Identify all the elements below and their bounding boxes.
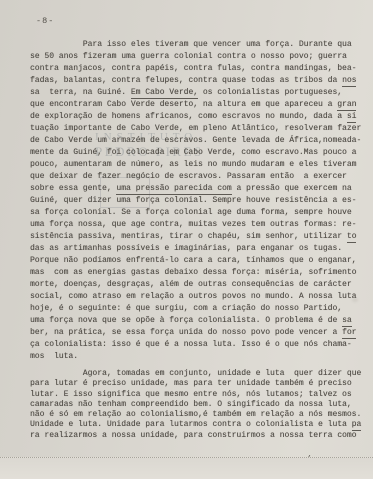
text-segment: gran (337, 100, 356, 111)
text-segment: Unidade e luta. Unidade para lutarmos co… (30, 420, 352, 429)
text-segment: Guiné, quer dizer uma força colonial. Se… (30, 196, 356, 205)
text-line: Porque não podíamos enfrentá-lo cara a c… (30, 255, 370, 267)
text-line: Unidade e luta. Unidade para lutarmos co… (30, 420, 370, 430)
text-segment: para lutar é preciso unidade, mas para t… (30, 379, 352, 388)
text-line: pouco, aumentaram de número, as leis no … (30, 159, 370, 171)
text-segment: mente da Guiné, foi colocada em Cabo Ver… (30, 148, 356, 157)
text-segment: Porque não podíamos enfrentá-lo cara a c… (30, 256, 356, 265)
text-line: social, como atraso em relação a outros … (30, 291, 370, 303)
text-line: não é só em relação ao colonialismo,é ta… (30, 410, 370, 420)
text-line: sa terra, na Guiné. Em Cabo Verde, os co… (30, 87, 370, 99)
text-line: tuação importante de Cabo Verde, em plen… (30, 123, 370, 135)
text-line: contra manjacos, contra papéis, contra f… (30, 63, 370, 75)
text-line: morte, doenças, desgraças, além de outra… (30, 279, 370, 291)
text-segment: Agora, tomadas em conjunto, unidade e lu… (30, 369, 361, 378)
text-line: mos luta. (30, 351, 370, 363)
text-segment: Para isso eles tiveram que vencer uma fo… (30, 40, 352, 49)
text-line: sobre essa gente, uma pressão parecida c… (30, 183, 370, 195)
text-segment: que deixar de fazer negócio de escravos.… (30, 172, 347, 181)
text-segment: si (347, 112, 357, 123)
text-segment: ber, na prática, se essa força unida do … (30, 328, 342, 337)
text-segment: tuação importante de Cabo Verde, em plen… (30, 124, 361, 133)
text-segment: ra realizarmos a nossa unidade, para con… (30, 431, 356, 440)
text-line: sa força colonial. Se a força colonial a… (30, 207, 370, 219)
text-line: se 50 anos fizeram uma guerra colonial c… (30, 51, 370, 63)
text-line: de exploração de homens africanos, como … (30, 111, 370, 123)
text-line: de Cabo Verde um armazém de escravos. Ge… (30, 135, 370, 147)
text-segment: mos luta. (30, 352, 78, 361)
text-segment: for (342, 328, 356, 339)
paragraph: Para isso eles tiveram que vencer uma fo… (30, 39, 370, 363)
text-segment: lutar. E isso significa que mesmo entre … (30, 390, 352, 399)
text-segment: camaradas não tenham compreendido bem. O… (30, 400, 352, 409)
text-line: mente da Guiné, foi colocada em Cabo Ver… (30, 147, 370, 159)
text-line: mas com as energias gastas debaixo dessa… (30, 267, 370, 279)
text-segment: de Cabo Verde um armazém de escravos. Ge… (30, 136, 361, 145)
text-line: ber, na prática, se essa força unida do … (30, 327, 370, 339)
text-segment: uma força nova que se opõe à força colon… (30, 316, 342, 325)
text-segment: sistência passiva, mentiras, tirar o cha… (30, 232, 347, 241)
text-segment: uma força nossa, que age contra, muitas … (30, 220, 356, 229)
text-line: uma força nossa, que age contra, muitas … (30, 219, 370, 231)
text-segment: ça colonialista: isso é que é a nossa lu… (30, 340, 352, 349)
text-segment: contra manjacos, contra papéis, contra f… (30, 64, 356, 73)
text-segment: fadas, balantas, contra felupes, contra … (30, 76, 342, 85)
text-segment: sa força colonial. Se a força colonial a… (30, 208, 352, 217)
text-segment: sa terra, na Guiné. (30, 88, 131, 97)
text-segment: nos (342, 76, 356, 87)
text-segment: pa (352, 420, 362, 431)
text-line: lutar. E isso significa que mesmo entre … (30, 390, 370, 400)
text-segment: que encontraram Cabo Verde deserto, na a… (30, 100, 337, 109)
text-line: Guiné, quer dizer uma força colonial. Se… (30, 195, 370, 207)
scan-smudge (352, 298, 358, 302)
text-line: que deixar de fazer negócio de escravos.… (30, 171, 370, 183)
text-segment: Em Cabo Verde, (131, 88, 198, 99)
text-segment: uma pressão parecida com (116, 184, 231, 195)
text-segment: sa (342, 316, 352, 327)
text-line: hoje, é o seguinte: é que surgiu, com a … (30, 303, 370, 315)
text-line: fadas, balantas, contra felupes, contra … (30, 75, 370, 87)
text-segment: social, como atraso em relação a outros … (30, 292, 356, 301)
text-segment: mas com as energias gastas debaixo dessa… (30, 268, 356, 277)
text-line: que encontraram Cabo Verde deserto, na a… (30, 99, 370, 111)
text-segment: morte, doenças, desgraças, além de outra… (30, 280, 352, 289)
document-page: -8- INSTITUTO PEDRO PIRES Para isso eles… (0, 0, 373, 479)
text-line: camaradas não tenham compreendido bem. O… (30, 400, 370, 410)
text-segment: se 50 anos fizeram uma guerra colonial c… (30, 52, 347, 61)
text-segment: hoje, é o seguinte: é que surgiu, com a … (30, 304, 342, 313)
text-segment: de exploração de homens africanos, como … (30, 112, 347, 121)
text-line: Para isso eles tiveram que vencer uma fo… (30, 39, 370, 51)
text-segment: das as artimanhas possíveis e imaginária… (30, 244, 342, 253)
text-line: Agora, tomadas em conjunto, unidade e lu… (30, 369, 370, 379)
text-line: ça colonialista: isso é que é a nossa lu… (30, 339, 370, 351)
text-segment: não é só em relação ao colonialismo,é ta… (30, 410, 361, 419)
text-line: sistência passiva, mentiras, tirar o cha… (30, 231, 370, 243)
paragraph: Agora, tomadas em conjunto, unidade e lu… (30, 369, 370, 441)
text-segment: to (347, 232, 357, 243)
page-number: -8- (36, 16, 54, 26)
page-bottom-edge (0, 457, 373, 479)
text-segment: sobre essa gente, (30, 184, 116, 193)
document-body: Para isso eles tiveram que vencer uma fo… (30, 39, 370, 441)
text-line: das as artimanhas possíveis e imaginária… (30, 243, 370, 255)
text-segment: os colonialistas portugueses, (198, 88, 342, 97)
text-line: ra realizarmos a nossa unidade, para con… (30, 431, 370, 441)
text-segment: a pressão que exercem na (232, 184, 352, 193)
text-segment: pouco, aumentaram de número, as leis no … (30, 160, 356, 169)
text-line: uma força nova que se opõe à força colon… (30, 315, 370, 327)
text-line: para lutar é preciso unidade, mas para t… (30, 379, 370, 389)
